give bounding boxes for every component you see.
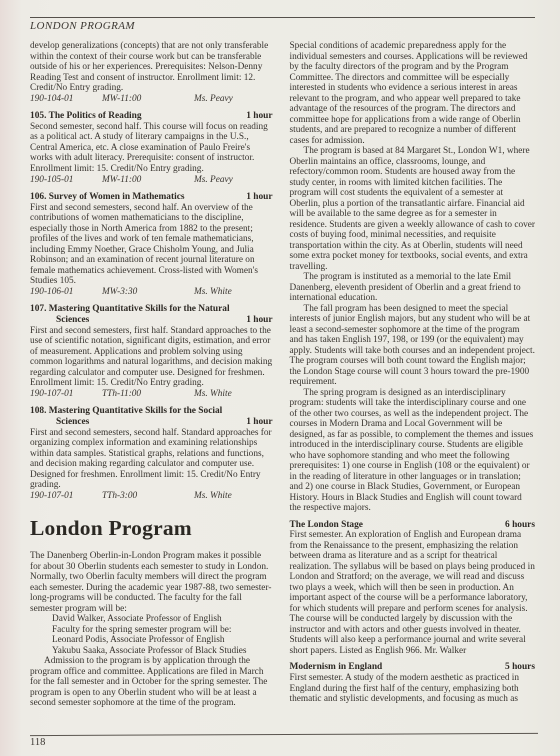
course-entry: Modernism in England 5 hours First semes… xyxy=(290,662,535,704)
faculty-line: Yakubu Saaka, Associate Professor of Bla… xyxy=(30,646,273,657)
running-header: LONDON PROGRAM xyxy=(30,17,535,32)
course-section-line: 190-107-01 TTh-11:00 Ms. White xyxy=(30,389,273,400)
course-title: 107. Mastering Quantitative Skills for t… xyxy=(30,304,240,326)
faculty-line: David Walker, Associate Professor of Eng… xyxy=(30,614,273,625)
course-description: First and second semesters, second half.… xyxy=(30,428,273,491)
course-section-line: 190-106-01 MW-3:30 Ms. White xyxy=(30,287,273,298)
course-instructor: Ms. Peavy xyxy=(194,175,233,186)
course-time: MW-3:30 xyxy=(102,287,194,298)
course-code: 190-106-01 xyxy=(30,287,102,298)
section-heading-london-program: London Program xyxy=(30,517,273,540)
course-title: Modernism in England xyxy=(290,662,383,673)
course-head: The London Stage 6 hours xyxy=(290,520,535,531)
course-description: First and second semesters, first half. … xyxy=(30,326,273,389)
course-entry: 105. The Politics of Reading 1 hour Seco… xyxy=(30,111,273,186)
course-hours: 6 hours xyxy=(499,520,535,531)
course-code: 190-104-01 xyxy=(30,94,102,105)
program-intro-paragraph: The Danenberg Oberlin-in-London Program … xyxy=(30,551,273,614)
course-entry: The London Stage 6 hours First semester.… xyxy=(290,520,535,657)
course-entry: 106. Survey of Women in Mathematics 1 ho… xyxy=(30,192,273,298)
faculty-line: Leonard Podis, Associate Professor of En… xyxy=(30,635,273,646)
course-time: MW-11:00 xyxy=(102,94,194,105)
course-description: Second semester, second half. This cours… xyxy=(30,122,273,175)
page-footer: 118 xyxy=(30,734,538,748)
left-column: develop generalizations (concepts) that … xyxy=(30,41,273,709)
course-hours: 5 hours xyxy=(499,662,535,673)
course-title: 108. Mastering Quantitative Skills for t… xyxy=(30,406,240,428)
course-hours: 1 hour xyxy=(240,417,272,428)
right-column: Special conditions of academic preparedn… xyxy=(290,41,535,709)
course-entry: 107. Mastering Quantitative Skills for t… xyxy=(30,304,273,400)
course-head: 107. Mastering Quantitative Skills for t… xyxy=(30,304,273,326)
running-header-title: LONDON PROGRAM xyxy=(30,19,535,32)
course-instructor: Ms. White xyxy=(194,389,232,400)
course-description: First and second semesters, second half.… xyxy=(30,203,273,287)
course-hours: 1 hour xyxy=(240,315,272,326)
body-paragraph: The program is instituted as a memorial … xyxy=(290,272,535,304)
course-hours: 1 hour xyxy=(240,111,272,122)
course-title: 106. Survey of Women in Mathematics xyxy=(30,192,185,203)
catalog-page: LONDON PROGRAM develop generalizations (… xyxy=(0,0,560,756)
course-hours: 1 hour xyxy=(240,192,272,203)
course-description: First semester. An exploration of Englis… xyxy=(290,530,535,656)
course-time: MW-11:00 xyxy=(102,175,194,186)
footer-rule xyxy=(30,733,538,736)
course-section-line: 190-104-01 MW-11:00 Ms. Peavy xyxy=(30,94,273,105)
page-number: 118 xyxy=(30,737,538,748)
body-paragraph: The program is based at 84 Margaret St.,… xyxy=(290,146,535,272)
course-code: 190-107-01 xyxy=(30,389,102,400)
body-paragraph: The fall program has been designed to me… xyxy=(290,304,535,388)
continued-paragraph: develop generalizations (concepts) that … xyxy=(30,41,273,94)
course-title: 105. The Politics of Reading xyxy=(30,111,142,122)
admission-paragraph: Admission to the program is by applicati… xyxy=(30,656,273,709)
faculty-line: Faculty for the spring semester program … xyxy=(30,625,273,636)
course-entry: 108. Mastering Quantitative Skills for t… xyxy=(30,406,273,502)
course-instructor: Ms. Peavy xyxy=(194,94,233,105)
course-head: Modernism in England 5 hours xyxy=(290,662,535,673)
course-head: 106. Survey of Women in Mathematics 1 ho… xyxy=(30,192,273,203)
course-code: 190-107-01 xyxy=(30,491,102,502)
course-section-line: 190-107-01 TTh-3:00 Ms. White xyxy=(30,491,273,502)
course-code: 190-105-01 xyxy=(30,175,102,186)
course-section-line: 190-105-01 MW-11:00 Ms. Peavy xyxy=(30,175,273,186)
body-paragraph: Special conditions of academic preparedn… xyxy=(290,41,535,146)
two-column-body: develop generalizations (concepts) that … xyxy=(30,41,535,709)
course-time: TTh-11:00 xyxy=(102,389,194,400)
course-instructor: Ms. White xyxy=(194,287,232,298)
course-title: The London Stage xyxy=(290,520,363,531)
course-head: 105. The Politics of Reading 1 hour xyxy=(30,111,273,122)
header-rule xyxy=(30,17,535,18)
course-instructor: Ms. White xyxy=(194,491,232,502)
body-paragraph: The spring program is designed as an int… xyxy=(290,388,535,514)
course-head: 108. Mastering Quantitative Skills for t… xyxy=(30,406,273,428)
course-description: First semester. A study of the modern ae… xyxy=(290,673,535,705)
course-time: TTh-3:00 xyxy=(102,491,194,502)
